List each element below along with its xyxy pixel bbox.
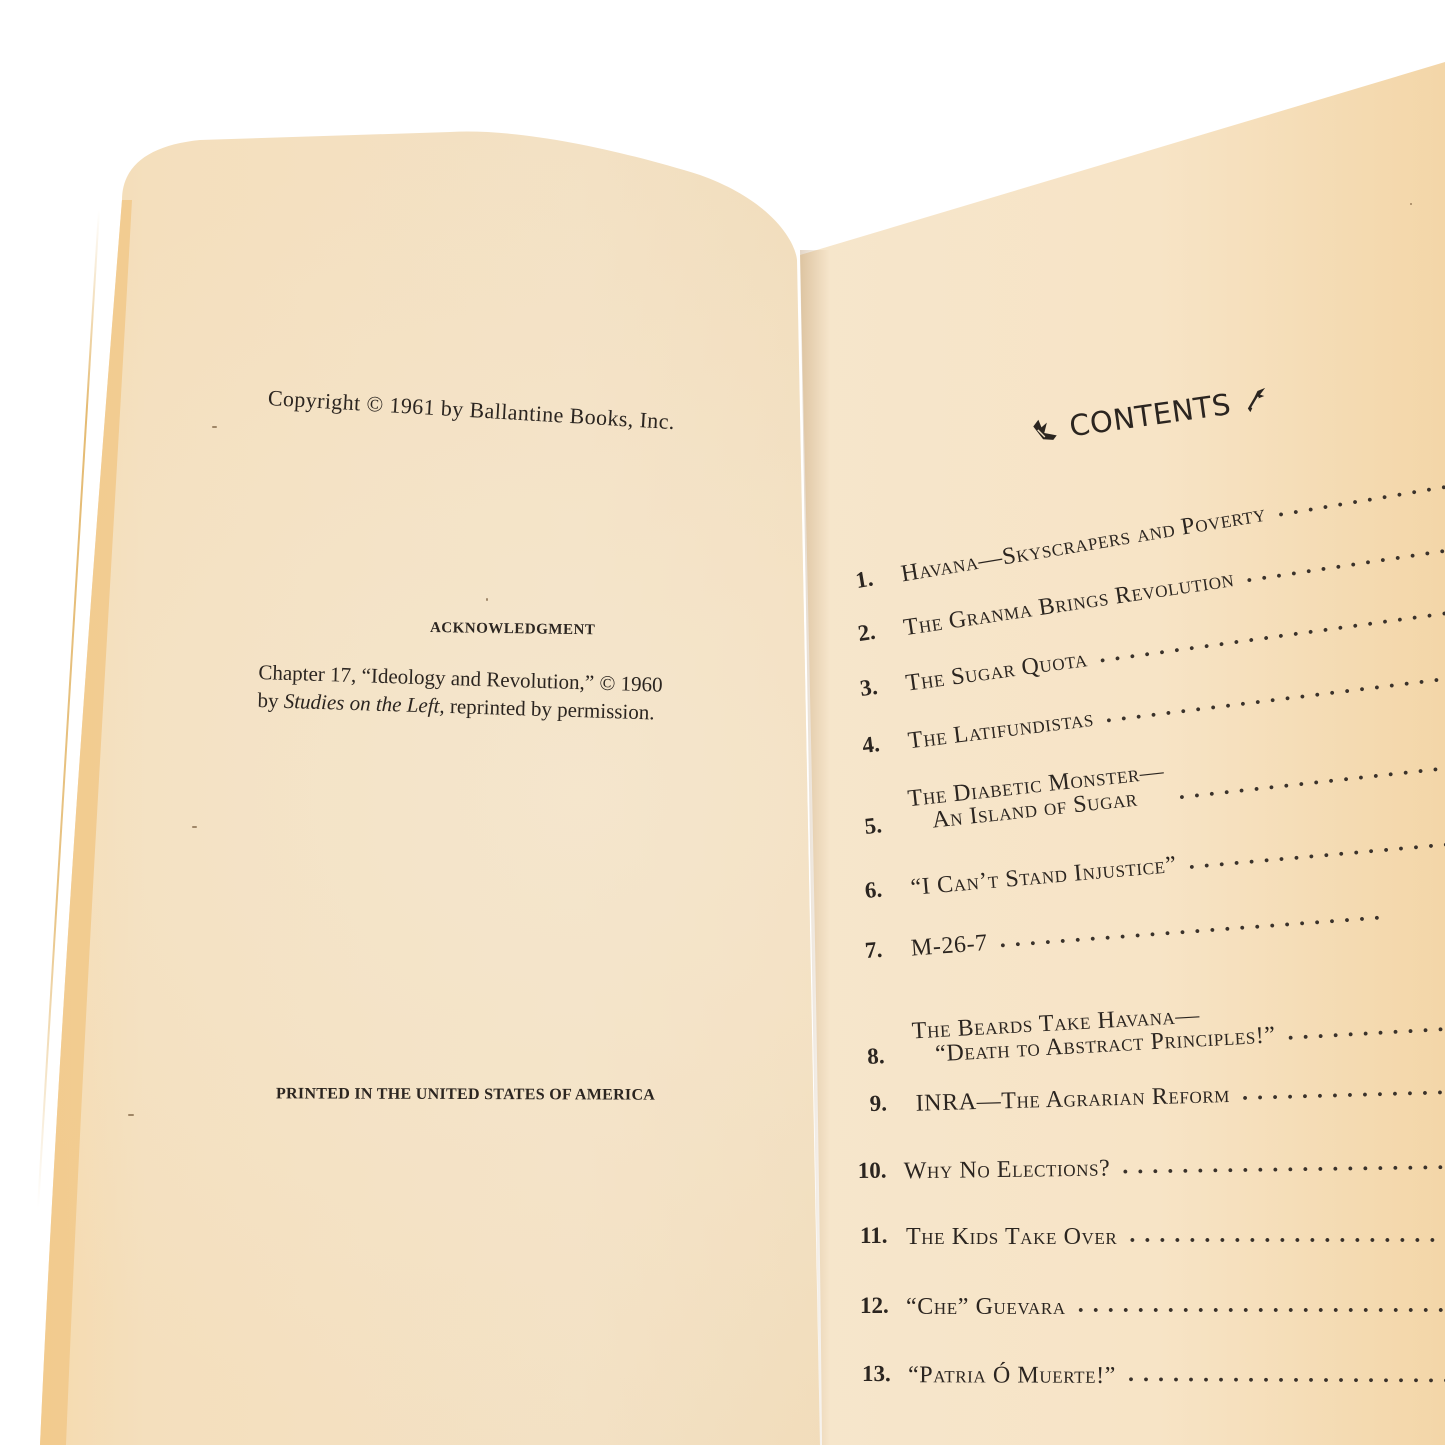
dot-leader: ..........................: [1066, 1292, 1445, 1319]
chapter-number: 11.: [860, 1223, 906, 1249]
chapter-number: 12.: [860, 1293, 906, 1319]
chapter-number: 6.: [864, 874, 912, 904]
ack-publication: Studies on the Left,: [283, 689, 445, 718]
toc-entry: 13.“Patria Ó Muerte!”...................…: [862, 1360, 1445, 1389]
printed-in-notice: PRINTED IN THE UNITED STATES OF AMERICA: [276, 1085, 655, 1104]
chapter-title: Why No Elections?: [904, 1156, 1111, 1183]
chapter-number: 10.: [858, 1157, 904, 1184]
dot-leader: ..........................: [1110, 1148, 1445, 1181]
chapter-number: 13.: [862, 1361, 908, 1387]
dot-leader: ..........................: [1116, 1361, 1445, 1389]
chapter-number: 4.: [861, 728, 910, 759]
leaf-ornament-icon: [1238, 383, 1272, 417]
chapter-title: M-26-7: [910, 931, 988, 961]
ack-by: by: [257, 688, 284, 713]
toc-entry: 11.The Kids Take Over...................…: [860, 1222, 1445, 1249]
chapter-number: 8.: [867, 1041, 914, 1070]
paper-speck: [1410, 203, 1412, 205]
ack-permission: reprinted by permission.: [444, 694, 655, 725]
chapter-title: “Che” Guevara: [906, 1295, 1066, 1319]
chapter-title-block: “Che” Guevara: [906, 1295, 1066, 1319]
chapter-title: The Kids Take Over: [906, 1225, 1117, 1249]
paper-speck: [128, 1114, 134, 1116]
paper-speck: [486, 598, 488, 601]
chapter-number: 9.: [869, 1090, 916, 1117]
leaf-ornament-icon: [1028, 413, 1062, 447]
chapter-title-block: The Kids Take Over: [906, 1225, 1117, 1249]
chapter-number: 7.: [864, 935, 912, 964]
dot-leader: ..........................: [1117, 1222, 1445, 1249]
acknowledgment-heading: ACKNOWLEDGMENT: [430, 620, 596, 639]
paper-speck: [212, 426, 217, 428]
chapter-title: “Patria Ó Muerte!”: [908, 1363, 1116, 1388]
paper-speck: [192, 826, 197, 828]
chapter-title-block: Why No Elections?: [904, 1156, 1111, 1183]
toc-entry: 12.“Che” Guevara........................…: [860, 1292, 1445, 1319]
chapter-title-block: M-26-7: [910, 931, 988, 961]
open-book-photo: Copyright © 1961 by Ballantine Books, In…: [0, 0, 1445, 1445]
chapter-title-block: “Patria Ó Muerte!”: [908, 1363, 1116, 1388]
chapter-number: 5.: [863, 809, 912, 840]
